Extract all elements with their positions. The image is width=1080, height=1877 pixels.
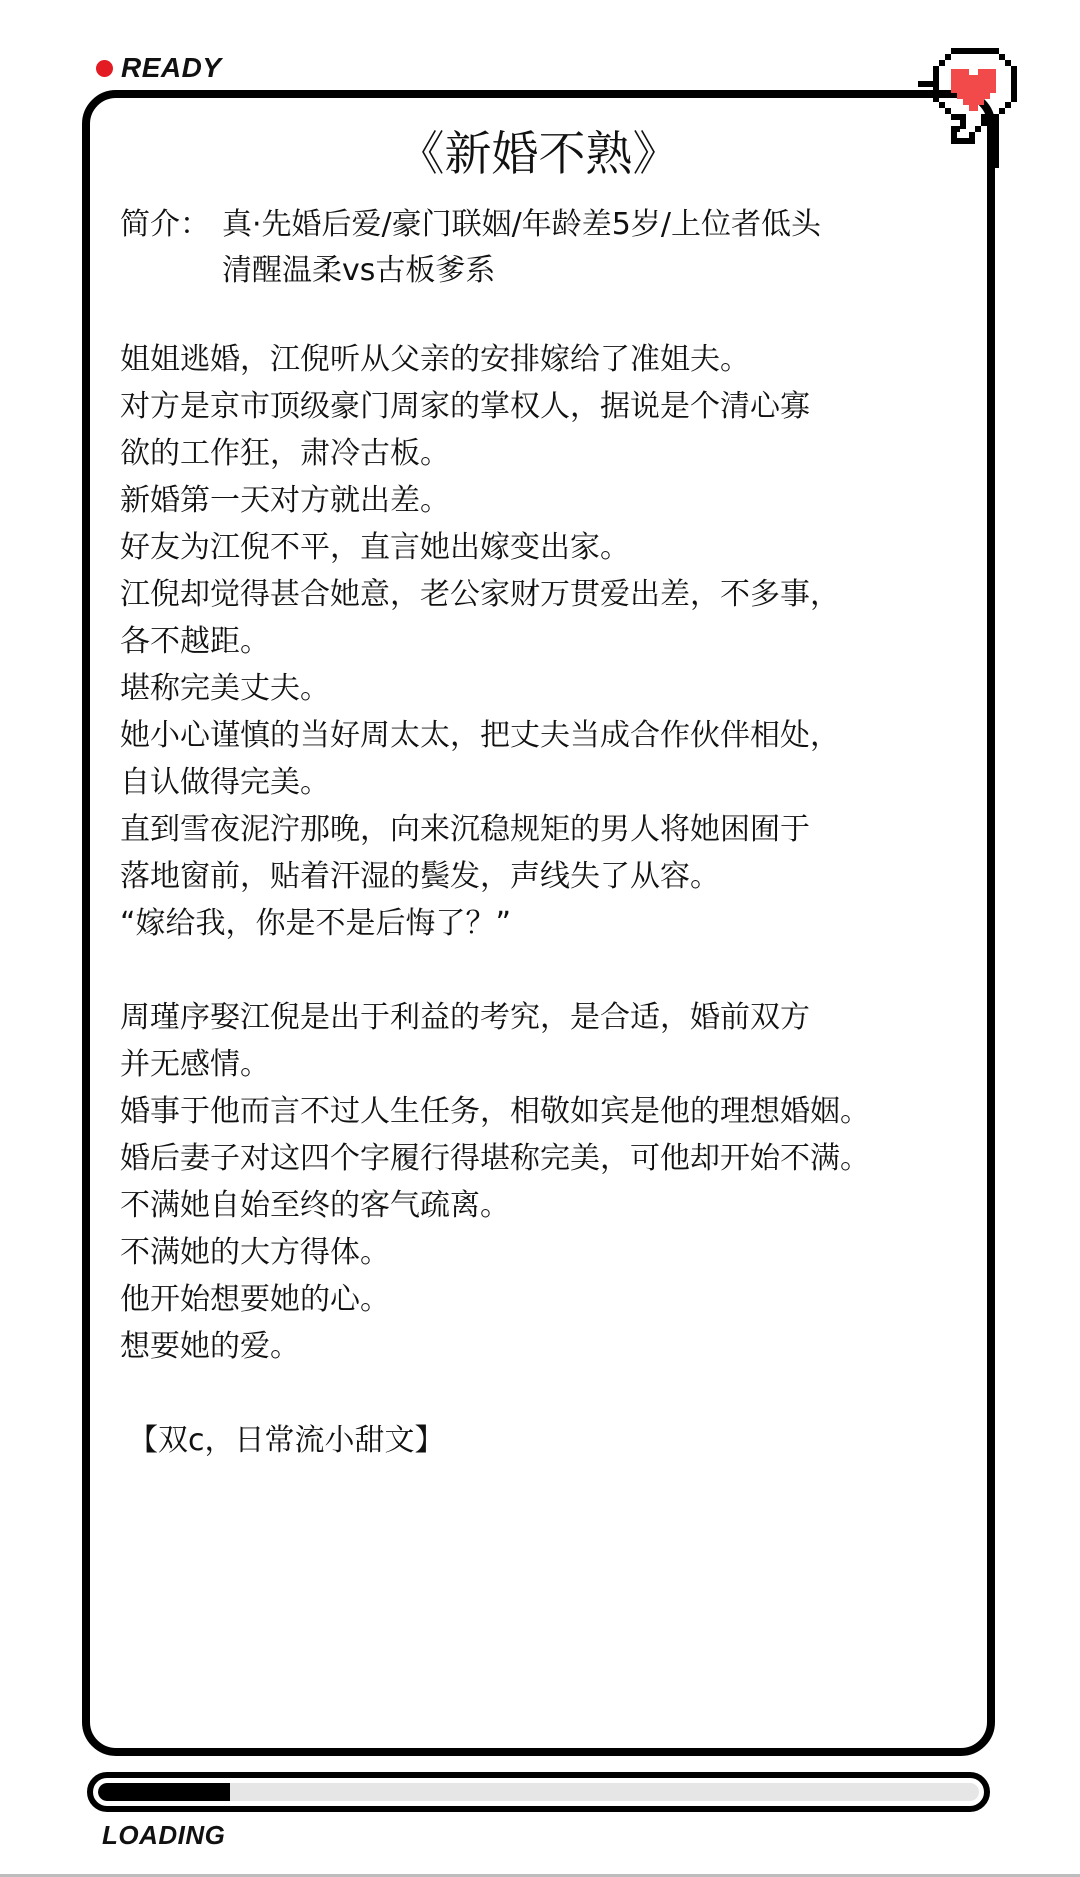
text-line: 婚事于他而言不过人生任务，相敬如宾是他的理想婚姻。 [120, 1088, 980, 1135]
loading-progress-bar [87, 1772, 990, 1812]
progress-track [98, 1783, 979, 1801]
text-line: 堪称完美丈夫。 [120, 665, 980, 712]
text-line: 姐姐逃婚，江倪听从父亲的安排嫁给了准姐夫。 [120, 336, 980, 383]
text-line: 并无感情。 [120, 1041, 980, 1088]
genre-tag-line: 【双c，日常流小甜文】 [120, 1417, 980, 1464]
ready-label: READY [121, 52, 222, 84]
loading-label: LOADING [102, 1820, 225, 1851]
text-line: 欲的工作狂，肃冷古板。 [120, 430, 980, 477]
ready-status: READY [96, 50, 222, 86]
text-line: 落地窗前，贴着汗湿的鬓发，声线失了从容。 [120, 853, 980, 900]
text-line: 他开始想要她的心。 [120, 1276, 980, 1323]
book-title: 《新婚不熟》 [82, 125, 995, 185]
synopsis-body: 姐姐逃婚，江倪听从父亲的安排嫁给了准姐夫。 对方是京市顶级豪门周家的掌权人，据说… [120, 336, 980, 1464]
intro-block: 简介： 真·先婚后爱/豪门联姻/年龄差5岁/上位者低头 清醒温柔vs古板爹系 [120, 202, 960, 294]
text-line: 想要她的爱。 [120, 1323, 980, 1370]
progress-fill [98, 1783, 230, 1801]
text-line: 她小心谨慎的当好周太太，把丈夫当成合作伙伴相处， [120, 712, 980, 759]
paragraph-2: 周瑾序娶江倪是出于利益的考究，是合适，婚前双方 并无感情。 婚事于他而言不过人生… [120, 994, 980, 1370]
text-line: 直到雪夜泥泞那晚，向来沉稳规矩的男人将她困囿于 [120, 806, 980, 853]
paragraph-1: 姐姐逃婚，江倪听从父亲的安排嫁给了准姐夫。 对方是京市顶级豪门周家的掌权人，据说… [120, 336, 980, 947]
text-line: 婚后妻子对这四个字履行得堪称完美，可他却开始不满。 [120, 1135, 980, 1182]
text-line: “嫁给我，你是不是后悔了？” [120, 900, 980, 947]
text-line: 新婚第一天对方就出差。 [120, 477, 980, 524]
intro-line: 清醒温柔vs古板爹系 [222, 248, 495, 294]
text-line: 各不越距。 [120, 618, 980, 665]
text-line: 好友为江倪不平，直言她出嫁变出家。 [120, 524, 980, 571]
status-dot-icon [96, 60, 113, 77]
intro-label: 简介： [120, 202, 222, 248]
text-line: 自认做得完美。 [120, 759, 980, 806]
text-line: 不满她自始至终的客气疏离。 [120, 1182, 980, 1229]
text-line: 江倪却觉得甚合她意，老公家财万贯爱出差，不多事， [120, 571, 980, 618]
text-line: 不满她的大方得体。 [120, 1229, 980, 1276]
text-line: 对方是京市顶级豪门周家的掌权人，据说是个清心寡 [120, 383, 980, 430]
text-line: 周瑾序娶江倪是出于利益的考究，是合适，婚前双方 [120, 994, 980, 1041]
intro-line: 真·先婚后爱/豪门联姻/年龄差5岁/上位者低头 [222, 202, 821, 248]
